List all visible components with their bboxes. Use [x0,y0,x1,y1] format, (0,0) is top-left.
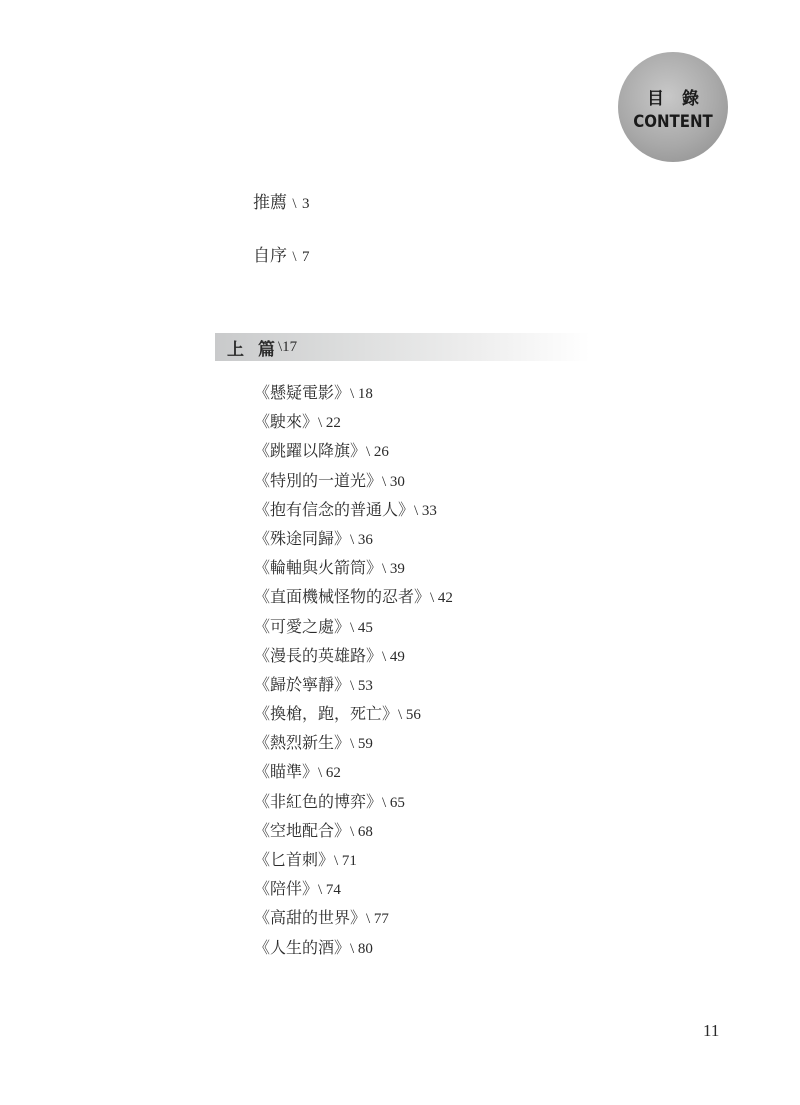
section-part1: 上 [227,335,244,360]
entry-page: \ 42 [430,590,453,606]
front-title: 推薦 [253,193,287,213]
toc-entry: 《直面機械怪物的忍者》\ 42 [254,582,453,611]
entry-title: 《直面機械怪物的忍者》 [254,587,430,606]
toc-front-item: 推薦 \ 3 [253,188,309,213]
toc-entry: 《空地配合》\ 68 [254,816,453,845]
page-number: 11 [703,1021,719,1041]
entry-page: \ 45 [350,620,373,636]
toc-front-item: 自序 \ 7 [253,241,309,266]
entry-title: 《抱有信念的普通人》 [254,500,414,519]
entry-title: 《換槍，跑，死亡》 [254,704,398,723]
entry-title: 《漫長的英雄路》 [254,646,382,665]
toc-entry: 《瞄準》\ 62 [254,757,453,786]
front-sep: \ [292,196,296,212]
entry-title: 《輪軸與火箭筒》 [254,558,382,577]
entry-page: \ 30 [382,474,405,490]
section-part2: 篇 [258,335,275,360]
entry-title: 《陪伴》 [254,879,318,898]
toc-entry: 《駛來》\ 22 [254,407,453,436]
entry-title: 《歸於寧靜》 [254,675,350,694]
entry-title: 《人生的酒》 [254,938,350,957]
section-header: 上 篇 \ 17 [215,333,590,361]
entry-title: 《殊途同歸》 [254,529,350,548]
entry-title: 《駛來》 [254,412,318,431]
entry-page: \ 33 [414,503,437,519]
entry-page: \ 49 [382,649,405,665]
entry-page: \ 62 [318,765,341,781]
toc-entry: 《抱有信念的普通人》\ 33 [254,495,453,524]
entry-title: 《非紅色的博弈》 [254,792,382,811]
front-sep: \ [292,249,296,265]
entry-title: 《高甜的世界》 [254,908,366,927]
badge-title-en: CONTENT [633,111,713,132]
entry-title: 《特別的一道光》 [254,471,382,490]
contents-badge: 目 錄 CONTENT [618,52,728,162]
entry-page: \ 59 [350,736,373,752]
entry-page: \ 39 [382,561,405,577]
section-page: 17 [282,339,297,356]
front-title: 自序 [253,246,287,266]
entry-title: 《熱烈新生》 [254,733,350,752]
entry-title: 《瞄準》 [254,762,318,781]
toc-entry: 《高甜的世界》\ 77 [254,903,453,932]
toc-list: 《懸疑電影》\ 18 《駛來》\ 22 《跳躍以降旗》\ 26 《特別的一道光》… [254,378,453,962]
entry-title: 《可愛之處》 [254,617,350,636]
entry-page: \ 71 [334,853,357,869]
toc-entry: 《特別的一道光》\ 30 [254,466,453,495]
front-page: 3 [302,196,310,212]
toc-entry: 《非紅色的博弈》\ 65 [254,787,453,816]
entry-page: \ 77 [366,911,389,927]
toc-entry: 《可愛之處》\ 45 [254,612,453,641]
toc-entry: 《換槍，跑，死亡》\ 56 [254,699,453,728]
entry-page: \ 74 [318,882,341,898]
toc-entry: 《跳躍以降旗》\ 26 [254,436,453,465]
front-page: 7 [302,249,310,265]
toc-entry: 《熱烈新生》\ 59 [254,728,453,757]
entry-title: 《匕首刺》 [254,850,334,869]
entry-page: \ 65 [382,795,405,811]
toc-entry: 《殊途同歸》\ 36 [254,524,453,553]
entry-page: \ 68 [350,824,373,840]
toc-entry: 《漫長的英雄路》\ 49 [254,641,453,670]
entry-title: 《跳躍以降旗》 [254,441,366,460]
entry-page: \ 80 [350,941,373,957]
toc-entry: 《陪伴》\ 74 [254,874,453,903]
toc-entry: 《懸疑電影》\ 18 [254,378,453,407]
badge-title-zh: 目 錄 [647,84,705,109]
entry-title: 《空地配合》 [254,821,350,840]
entry-page: \ 22 [318,415,341,431]
toc-entry: 《輪軸與火箭筒》\ 39 [254,553,453,582]
toc-entry: 《人生的酒》\ 80 [254,933,453,962]
toc-entry: 《匕首刺》\ 71 [254,845,453,874]
entry-page: \ 53 [350,678,373,694]
entry-page: \ 56 [398,707,421,723]
entry-page: \ 36 [350,532,373,548]
entry-title: 《懸疑電影》 [254,383,350,402]
entry-page: \ 26 [366,444,389,460]
entry-page: \ 18 [350,386,373,402]
toc-entry: 《歸於寧靜》\ 53 [254,670,453,699]
